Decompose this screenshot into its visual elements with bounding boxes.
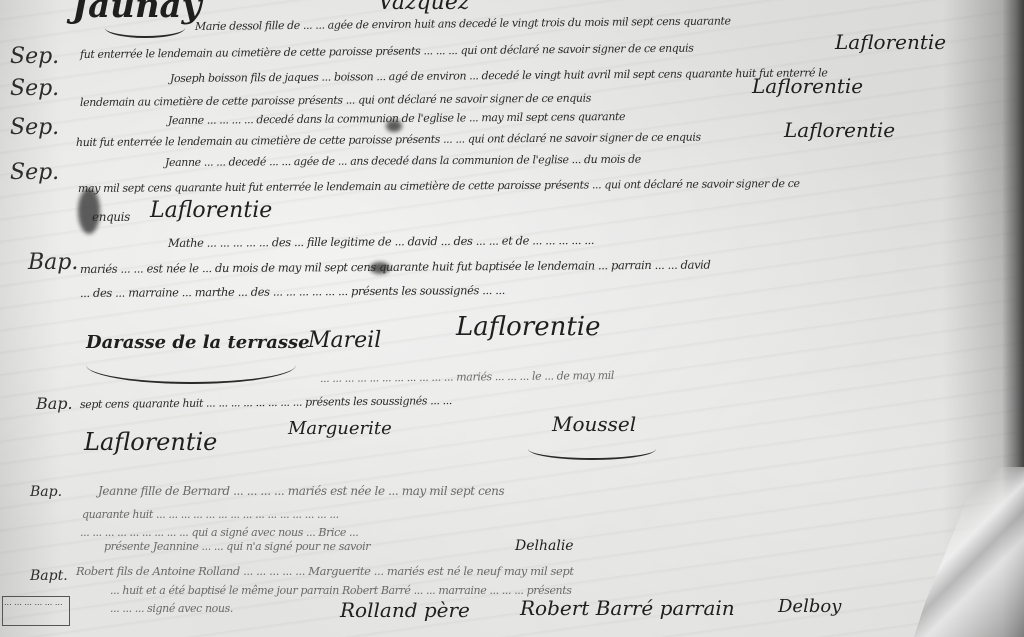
entry-3-line-2: huit fut enterrée le lendemain au cimeti… xyxy=(76,131,701,149)
entry-7-line-2: quarante huit ... ... ... ... ... ... ..… xyxy=(82,508,339,521)
top-signature-vazquez: Vazquez xyxy=(378,0,469,15)
entry-4-line-2: may mil sept cens quarante huit fut ente… xyxy=(78,177,800,195)
entry-6-signature-laflorentie: Laflorentie xyxy=(84,428,217,456)
ink-blot xyxy=(386,120,402,132)
ink-blot xyxy=(370,262,390,274)
ink-blot xyxy=(78,188,100,234)
entry-8-line-3: ... ... ... signé avec nous. xyxy=(110,602,233,615)
signature-flourish xyxy=(86,346,296,384)
entry-6-line-1: ... ... ... ... ... ... ... ... ... ... … xyxy=(320,369,614,385)
entry-1-line-1: Marie dessol fille de ... ... agée de en… xyxy=(195,14,731,33)
entry-8-signature-delboy: Delboy xyxy=(778,596,841,617)
entry-2-line-1: Joseph boisson fils de jaques ... boisso… xyxy=(170,66,828,85)
entry-8-signature-rolland: Rolland père xyxy=(340,598,470,622)
entry-8-signature-barre: Robert Barré parrain xyxy=(520,596,735,620)
margin-label-sep-4: Sep. xyxy=(10,160,59,185)
entry-5-signature-mareil: Mareil xyxy=(308,328,381,353)
entry-8-line-2: ... huit et a été baptisé le même jour p… xyxy=(110,584,572,597)
entry-5-line-1: Mathe ... ... ... ... ... des ... fille … xyxy=(168,233,594,250)
entry-1-signature: Laflorentie xyxy=(835,30,946,54)
entry-1-line-2: fut enterrée le lendemain au cimetière d… xyxy=(80,42,694,61)
margin-label-bap-2: Bap. xyxy=(36,394,73,413)
entry-7-signature-delhalie: Delhalie xyxy=(515,538,574,554)
entry-5-line-2: mariés ... ... est née le ... du mois de… xyxy=(80,258,710,276)
margin-label-sep-1: Sep. xyxy=(10,44,59,69)
register-page: Jaunay Vazquez Sep. Sep. Sep. Sep. Bap. … xyxy=(0,0,1024,637)
signature-flourish xyxy=(528,438,656,460)
margin-label-sep-3: Sep. xyxy=(10,115,59,140)
entry-7-line-1: Jeanne fille de Bernard ... ... ... ... … xyxy=(98,484,504,498)
margin-label-bap-3: Bap. xyxy=(30,484,62,500)
entry-4-line-1: Jeanne ... ... decedé ... ... agée de ..… xyxy=(165,153,641,169)
torn-corner xyxy=(914,467,1024,637)
margin-label-sep-2: Sep. xyxy=(10,76,59,101)
margin-label-bap-4: Bapt. xyxy=(30,568,68,584)
entry-7-line-3: ... ... ... ... ... ... ... ... ... qui … xyxy=(80,526,358,539)
signature-flourish xyxy=(105,18,185,38)
entry-3-signature: Laflorentie xyxy=(784,118,895,142)
entry-4-signature: Laflorentie xyxy=(150,198,272,223)
entry-2-signature: Laflorentie xyxy=(752,74,863,98)
margin-label-bap-1: Bap. xyxy=(28,250,78,275)
margin-boxed-note: ... ... ... ... ... ... xyxy=(2,596,70,626)
entry-6-signature-marguerite: Marguerite xyxy=(288,418,392,439)
entry-2-line-2: lendemain au cimetière de cette paroisse… xyxy=(80,92,591,109)
entry-8-line-1: Robert fils de Antoine Rolland ... ... .… xyxy=(76,564,574,578)
entry-6-signature-moussel: Moussel xyxy=(552,412,636,436)
entry-5-signature-laflorentie: Laflorentie xyxy=(456,312,600,342)
entry-5-line-3: ... des ... marraine ... marthe ... des … xyxy=(80,283,505,300)
entry-6-line-2: sept cens quarante huit ... ... ... ... … xyxy=(80,394,452,411)
entry-7-line-4: présente Jeannine ... ... qui n'a signé … xyxy=(104,540,370,553)
